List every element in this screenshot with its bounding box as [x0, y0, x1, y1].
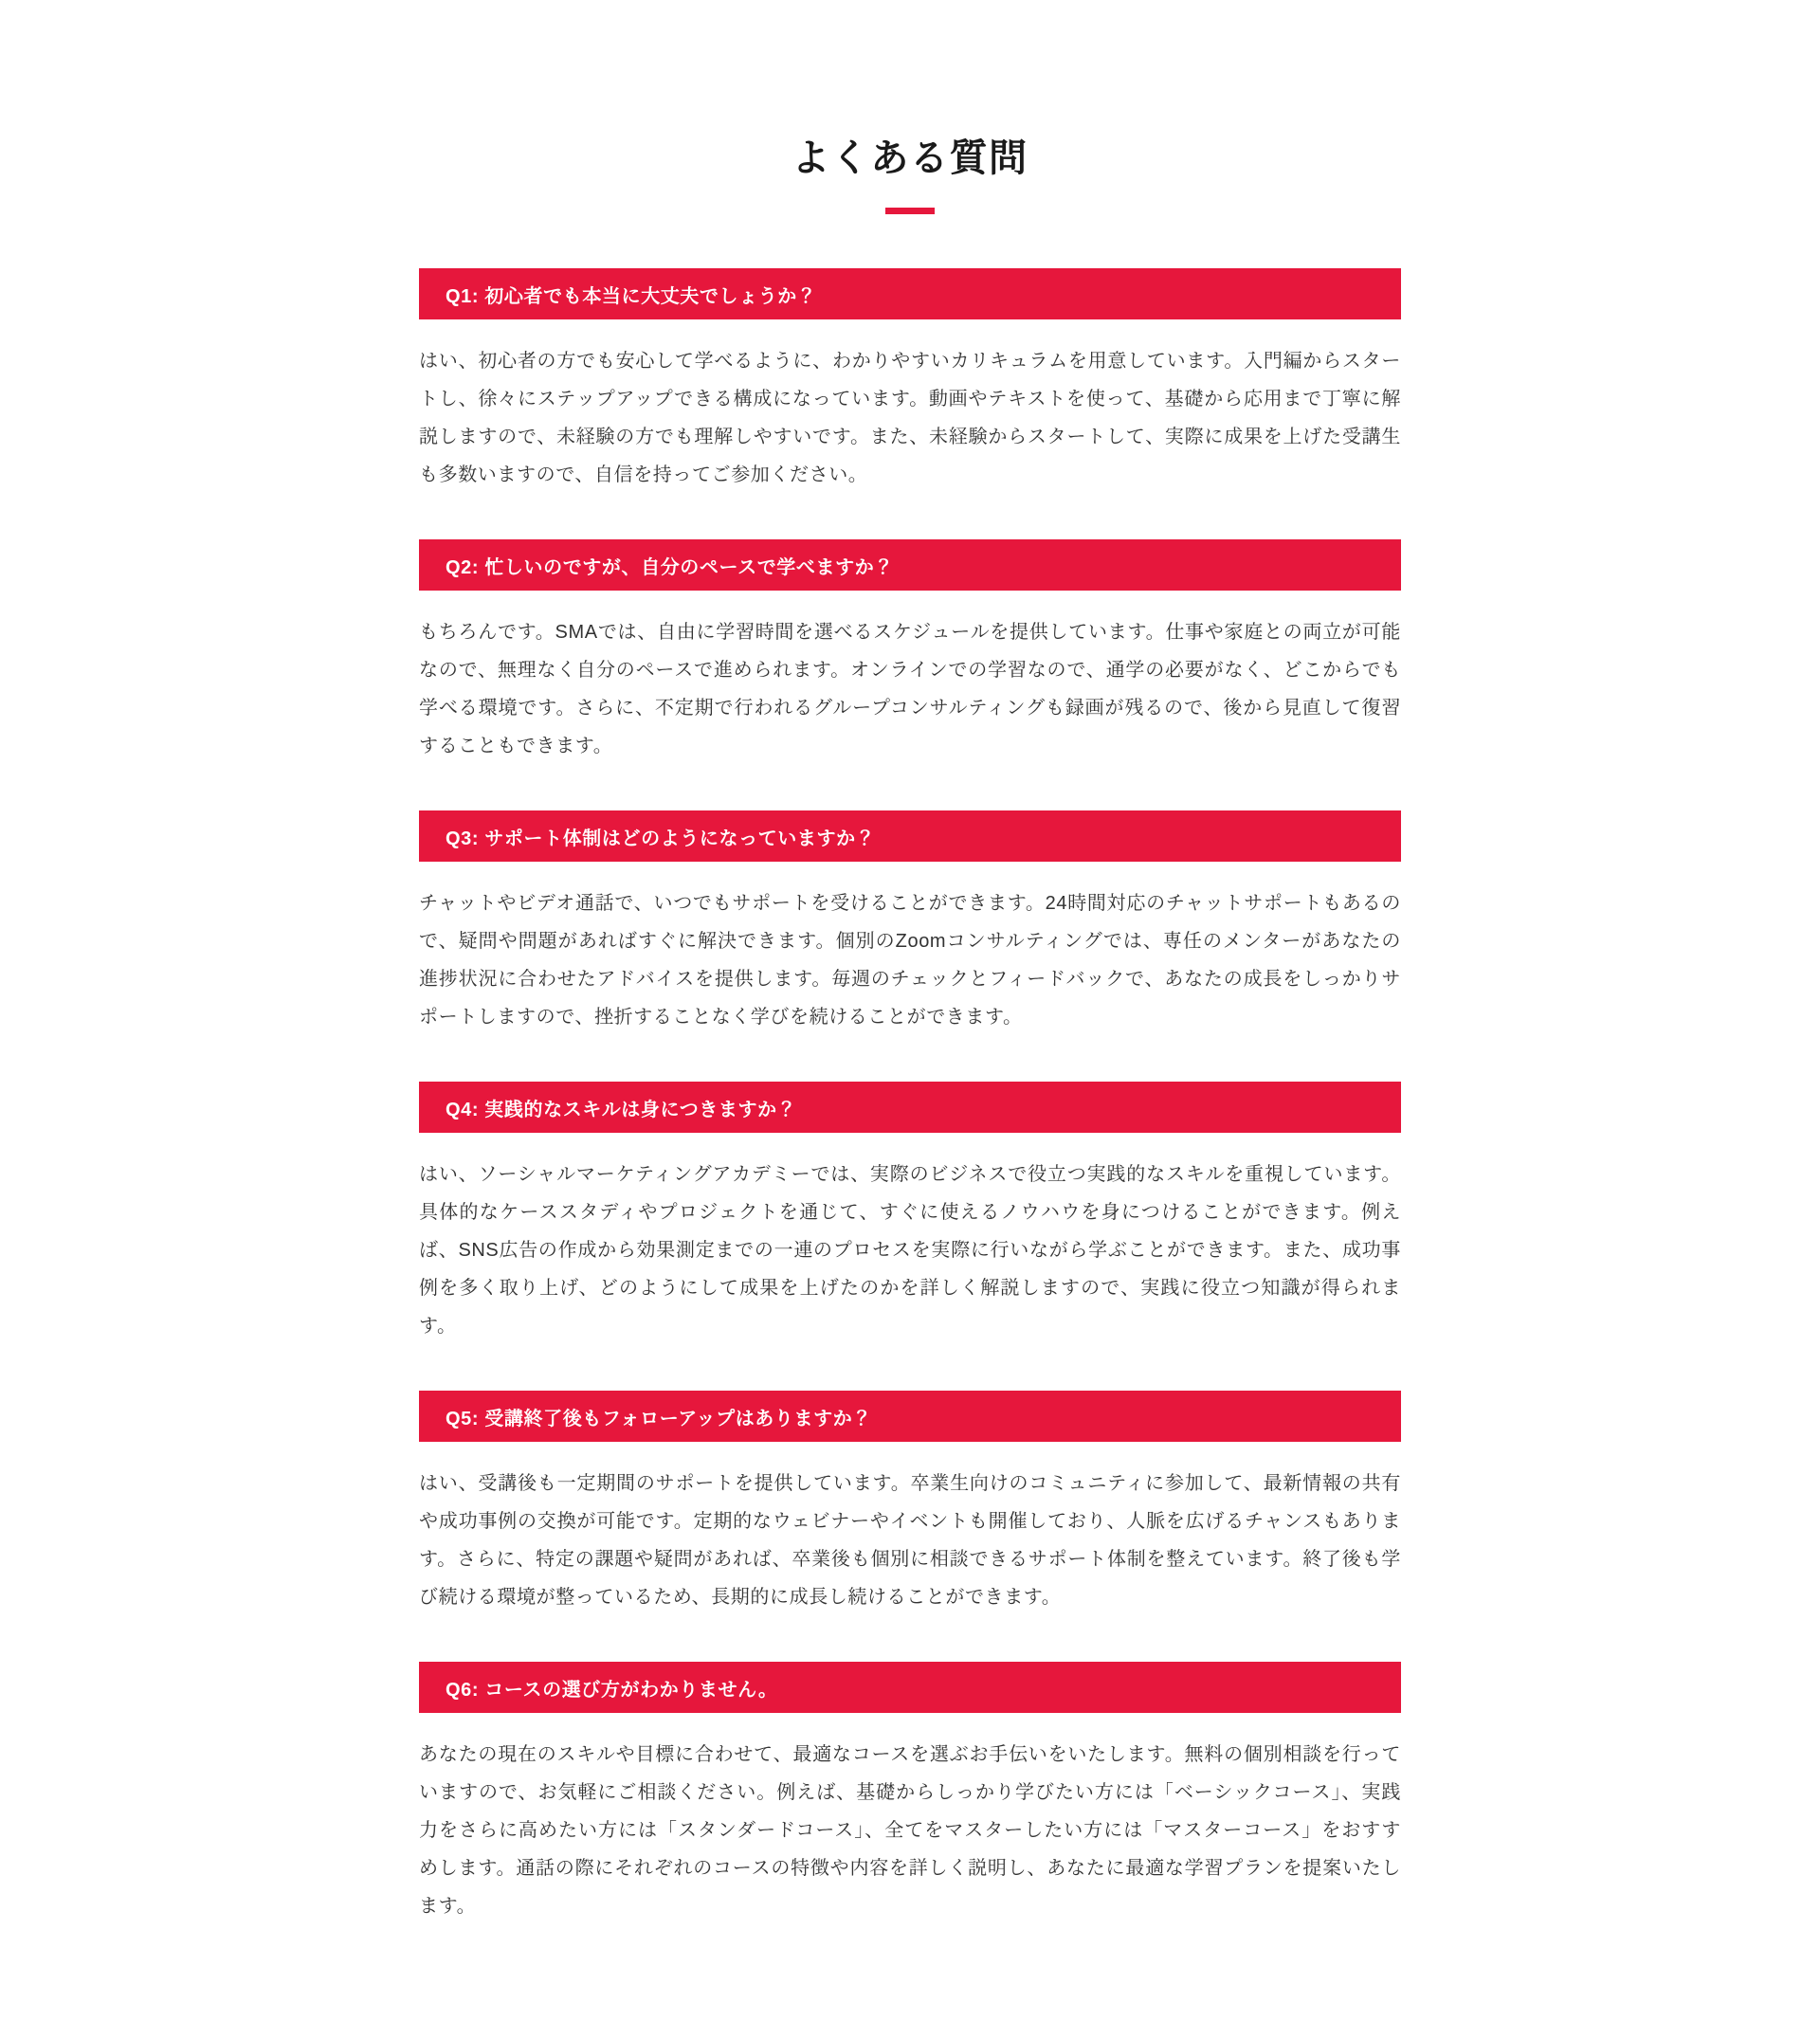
- faq-answer-text: はい、受講後も一定期間のサポートを提供しています。卒業生向けのコミュニティに参加…: [419, 1465, 1401, 1616]
- faq-question-banner: Q4: 実践的なスキルは身につきますか？: [419, 1082, 1401, 1133]
- faq-question-banner: Q5: 受講終了後もフォローアップはありますか？: [419, 1391, 1401, 1442]
- faq-item: Q2: 忙しいのですが、自分のペースで学べますか？ もちろんです。SMAでは、自…: [419, 539, 1401, 765]
- faq-question-banner: Q2: 忙しいのですが、自分のペースで学べますか？: [419, 539, 1401, 591]
- faq-question-banner: Q6: コースの選び方がわかりません。: [419, 1662, 1401, 1713]
- faq-answer-text: はい、ソーシャルマーケティングアカデミーでは、実際のビジネスで役立つ実践的なスキ…: [419, 1156, 1401, 1345]
- faq-answer-text: もちろんです。SMAでは、自由に学習時間を選べるスケジュールを提供しています。仕…: [419, 613, 1401, 765]
- faq-item: Q6: コースの選び方がわかりません。 あなたの現在のスキルや目標に合わせて、最…: [419, 1662, 1401, 1925]
- page-title: よくある質問: [0, 136, 1820, 181]
- faq-answer-text: チャットやビデオ通話で、いつでもサポートを受けることができます。24時間対応のチ…: [419, 884, 1401, 1036]
- faq-section: よくある質問 Q1: 初心者でも本当に大丈夫でしょうか？ はい、初心者の方でも安…: [0, 0, 1820, 2039]
- faq-item: Q4: 実践的なスキルは身につきますか？ はい、ソーシャルマーケティングアカデミ…: [419, 1082, 1401, 1345]
- faq-answer-text: あなたの現在のスキルや目標に合わせて、最適なコースを選ぶお手伝いをいたします。無…: [419, 1736, 1401, 1925]
- faq-item: Q5: 受講終了後もフォローアップはありますか？ はい、受講後も一定期間のサポー…: [419, 1391, 1401, 1616]
- faq-item: Q3: サポート体制はどのようになっていますか？ チャットやビデオ通話で、いつで…: [419, 810, 1401, 1036]
- faq-question-banner: Q3: サポート体制はどのようになっていますか？: [419, 810, 1401, 862]
- faq-answer-text: はい、初心者の方でも安心して学べるように、わかりやすいカリキュラムを用意していま…: [419, 342, 1401, 494]
- faq-item: Q1: 初心者でも本当に大丈夫でしょうか？ はい、初心者の方でも安心して学べるよ…: [419, 268, 1401, 494]
- title-divider: [885, 208, 935, 214]
- faq-question-banner: Q1: 初心者でも本当に大丈夫でしょうか？: [419, 268, 1401, 319]
- faq-list: Q1: 初心者でも本当に大丈夫でしょうか？ はい、初心者の方でも安心して学べるよ…: [419, 268, 1401, 1925]
